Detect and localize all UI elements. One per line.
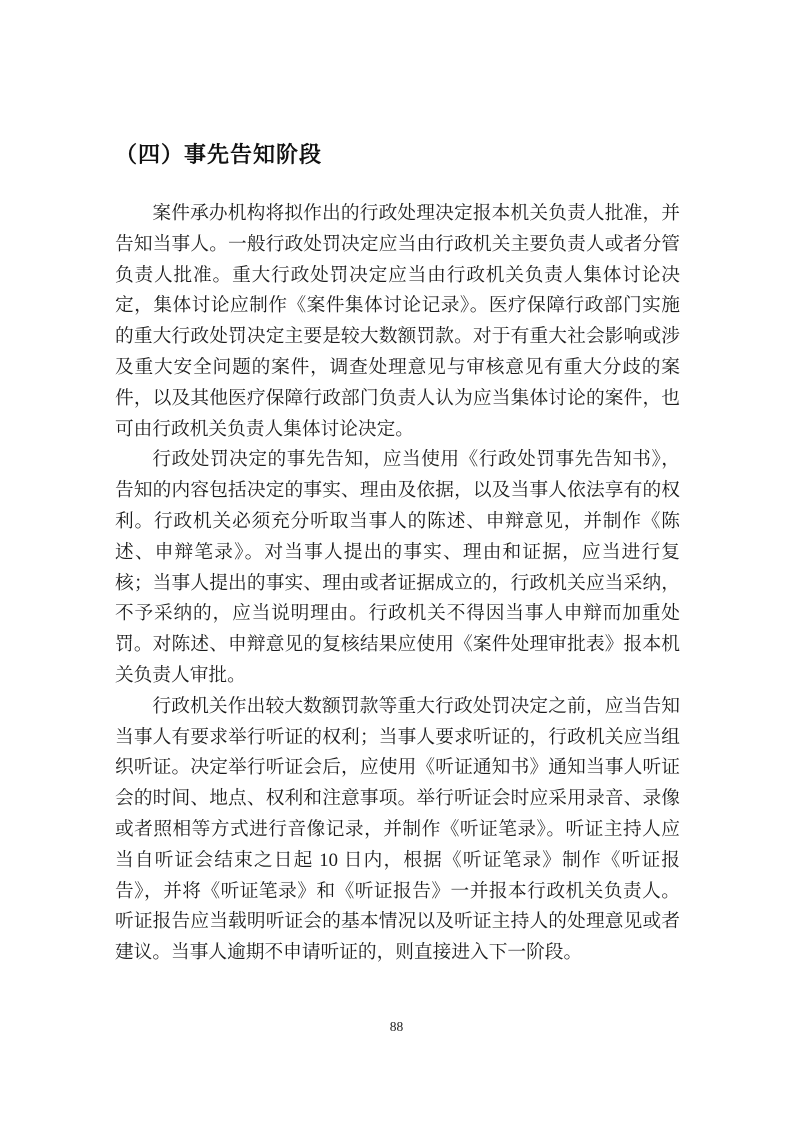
- document-content: （四）事先告知阶段 案件承办机构将拟作出的行政处理决定报本机关负责人批准，并告知…: [115, 141, 680, 969]
- paragraph-approval-process: 案件承办机构将拟作出的行政处理决定报本机关负责人批准，并告知当事人。一般行政处罚…: [115, 199, 680, 445]
- page-number: 88: [0, 1019, 793, 1035]
- section-heading: （四）事先告知阶段: [115, 141, 680, 168]
- paragraph-hearing-procedure: 行政机关作出较大数额罚款等重大行政处罚决定之前，应当告知当事人有要求举行听证的权…: [115, 692, 680, 969]
- document-page: （四）事先告知阶段 案件承办机构将拟作出的行政处理决定报本机关负责人批准，并告知…: [0, 0, 793, 1122]
- paragraph-prior-notice: 行政处罚决定的事先告知，应当使用《行政处罚事先告知书》，告知的内容包括决定的事实…: [115, 445, 680, 691]
